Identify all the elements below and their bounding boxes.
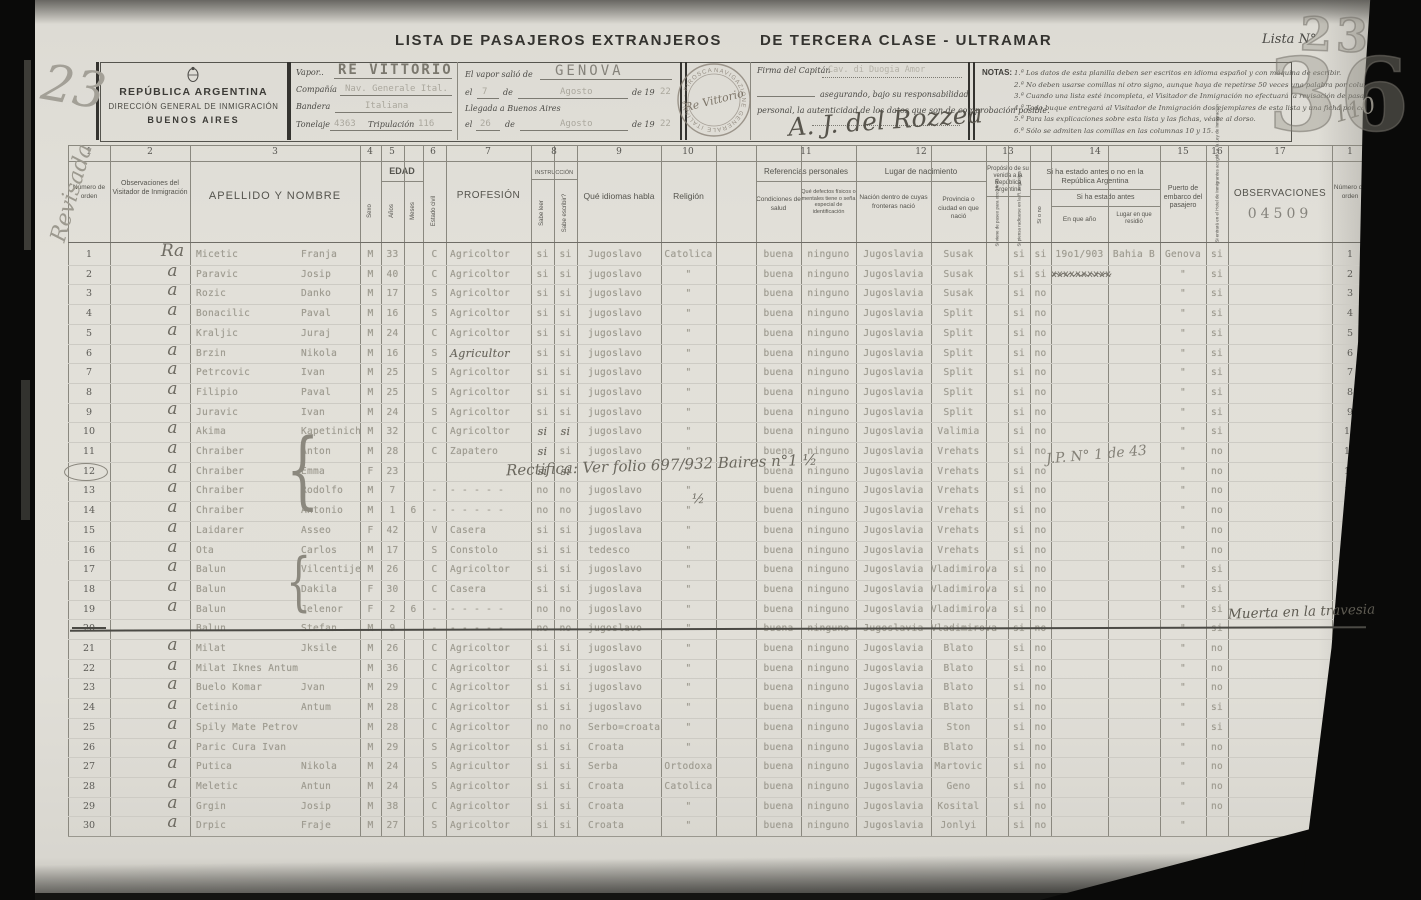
cell-na: Jugoslavia <box>856 344 931 364</box>
cell-sa: buena <box>756 501 801 521</box>
cell-sa: buena <box>756 797 801 817</box>
cell-an: 33 <box>381 245 404 265</box>
cell-na: Jugoslavia <box>856 777 931 797</box>
cell-es: no <box>554 600 577 620</box>
header-proposito-sub1: Si viene de paseo para otros fines <box>995 183 1000 247</box>
cell-p2: no <box>1030 718 1051 738</box>
salida-de: de <box>503 88 513 97</box>
cell-na: Jugoslavia <box>856 678 931 698</box>
cell-re: " <box>661 560 716 580</box>
cell-obs: a <box>150 814 195 834</box>
cell-p2: no <box>1030 757 1051 777</box>
cell-no: Antun <box>301 777 360 797</box>
cell-n: 3 <box>68 284 110 304</box>
cell-le: si <box>531 442 554 462</box>
cell-an: 25 <box>381 363 404 383</box>
cell-id: Croata <box>588 797 660 817</box>
cell-s16: si <box>1206 718 1228 738</box>
cell-s16: no <box>1206 639 1228 659</box>
cell-le: si <box>531 816 554 836</box>
cell-no: Paval <box>301 383 360 403</box>
header-anos: Años <box>389 179 395 243</box>
cell-le: si <box>531 422 554 442</box>
cell-p1: si <box>1008 797 1030 817</box>
cell-le: si <box>531 344 554 364</box>
cell-na: Jugoslavia <box>856 383 931 403</box>
cell-ap: Balun <box>196 600 300 620</box>
cell-re: " <box>661 501 716 521</box>
field-line <box>476 130 500 131</box>
cell-pv: Jonlyi <box>931 816 986 836</box>
column-number: 9 <box>604 147 634 157</box>
cell-an: 25 <box>381 383 404 403</box>
cell-pt: " <box>1160 560 1206 580</box>
age-fraction-mark: ½ <box>692 492 705 507</box>
cell-pr: Agricoltor <box>450 698 530 718</box>
cell-sx: M <box>360 363 381 383</box>
cell-no: Asseo <box>301 521 360 541</box>
header-en-que-ano: En que año <box>1051 216 1108 225</box>
cell-ap: Balun <box>196 580 300 600</box>
divider-line <box>457 62 458 140</box>
cell-de: ninguno <box>801 738 856 758</box>
cell-pv: Ston <box>931 718 986 738</box>
cell-sa: buena <box>756 816 801 836</box>
cell-pt: " <box>1160 304 1206 324</box>
cell-s16: si <box>1206 580 1228 600</box>
cell-re: " <box>661 383 716 403</box>
column-number: 15 <box>1168 147 1198 157</box>
header-puerto: Puerto de embarco del pasajero <box>1160 185 1206 211</box>
cell-id: jugoslavo <box>588 324 660 344</box>
cell-le: no <box>531 718 554 738</box>
cell-na: Jugoslavia <box>856 442 931 462</box>
cell-an: 17 <box>381 284 404 304</box>
header-edad: EDAD <box>378 167 426 176</box>
cell-ec: S <box>423 363 446 383</box>
cell-an: 24 <box>381 403 404 423</box>
cell-le: no <box>531 501 554 521</box>
cell-n: 25 <box>68 718 110 738</box>
column-number: 14 <box>1080 147 1110 157</box>
cell-no: Fraje <box>301 816 360 836</box>
header-observaciones-visitador: Observaciones del Visitador de Inmigraci… <box>112 180 188 197</box>
cell-p2: no <box>1030 639 1051 659</box>
cell-p1: si <box>1008 501 1030 521</box>
cell-an: 26 <box>381 560 404 580</box>
cell-ap: Laidarer <box>196 521 300 541</box>
cell-pr: Agricoltor <box>450 383 530 403</box>
cell-p2: no <box>1030 422 1051 442</box>
cell-p2: no <box>1030 659 1051 679</box>
cell-ec: S <box>423 541 446 561</box>
cell-p1: si <box>1008 678 1030 698</box>
cell-re: " <box>661 265 716 285</box>
cell-pr: Agricoltor <box>450 265 530 285</box>
cell-obs: a <box>150 696 195 716</box>
cell-sa: buena <box>756 304 801 324</box>
cell-p1: si <box>1008 304 1030 324</box>
cell-an: 30 <box>381 580 404 600</box>
cell-no: Jksile <box>301 639 360 659</box>
cell-le: si <box>531 284 554 304</box>
cell-sa: buena <box>756 324 801 344</box>
vapor-label: Vapor.. <box>296 68 324 77</box>
cell-ec: V <box>423 521 446 541</box>
cell-pr: Agricoltor <box>450 363 530 383</box>
cell-le: no <box>531 481 554 501</box>
cell-na: Jugoslavia <box>856 363 931 383</box>
tonelaje-value: 4363 <box>334 119 356 129</box>
cell-pr: Agricultor <box>450 757 530 777</box>
cell-ec: C <box>423 639 446 659</box>
cell-s16: si <box>1206 324 1228 344</box>
cell-id: tedesco <box>588 541 660 561</box>
cell-ec: C <box>423 442 446 462</box>
page-title-left: LISTA DE PASAJEROS EXTRANJEROS <box>395 32 722 49</box>
cell-ap: Cetinio <box>196 698 300 718</box>
header-lugar-residio: Lugar en que residió <box>1108 212 1160 226</box>
cell-de: ninguno <box>801 383 856 403</box>
cell-sa: buena <box>756 383 801 403</box>
cell-s16: no <box>1206 501 1228 521</box>
cell-id: jugoslavo <box>588 501 660 521</box>
cell-an: 28 <box>381 698 404 718</box>
cell-n: 24 <box>68 698 110 718</box>
cell-id: jugoslavo <box>588 659 660 679</box>
cell-sa: buena <box>756 521 801 541</box>
cell-pv: Susak <box>931 284 986 304</box>
cell-pt: " <box>1160 698 1206 718</box>
cell-pt: Genova <box>1160 245 1206 265</box>
grid-vline <box>986 145 987 836</box>
top-edge-shade <box>35 0 1380 24</box>
cell-na: Jugoslavia <box>856 501 931 521</box>
cell-es: si <box>554 738 577 758</box>
cell-s16: si <box>1206 560 1228 580</box>
page-edge-sliver <box>24 60 31 250</box>
cell-n: 29 <box>68 797 110 817</box>
cell-es: si <box>554 659 577 679</box>
cell-pv: Vrehats <box>931 442 986 462</box>
cell-re: " <box>661 718 716 738</box>
cell-n: 27 <box>68 757 110 777</box>
cell-pt: " <box>1160 501 1206 521</box>
page-title-right: DE TERCERA CLASE - ULTRAMAR <box>760 32 1052 49</box>
cell-ap: Rozic <box>196 284 300 304</box>
column-number: 5 <box>377 147 407 157</box>
cell-id: jugoslavo <box>588 304 660 324</box>
cell-no: Ivan <box>301 363 360 383</box>
column-number: 11 <box>791 147 821 157</box>
cell-sx: M <box>360 639 381 659</box>
cell-an: 38 <box>381 797 404 817</box>
cell-pt: " <box>1160 442 1206 462</box>
cell-de: ninguno <box>801 757 856 777</box>
column-number: 13 <box>993 147 1023 157</box>
cell-pt: " <box>1160 757 1206 777</box>
cell-ec: C <box>423 678 446 698</box>
cell-na: Jugoslavia <box>856 521 931 541</box>
cell-s16: si <box>1206 698 1228 718</box>
cell-an: 16 <box>381 344 404 364</box>
cell-re: " <box>661 324 716 344</box>
cell-le: si <box>531 521 554 541</box>
cell-n: 26 <box>68 738 110 758</box>
cell-pv: Split <box>931 324 986 344</box>
cell-pv: Vrehats <box>931 462 986 482</box>
cell-re: " <box>661 738 716 758</box>
cell-s16: si <box>1206 363 1228 383</box>
cell-de: ninguno <box>801 639 856 659</box>
cell-an: 7 <box>381 481 404 501</box>
cell-de: ninguno <box>801 265 856 285</box>
cell-de: ninguno <box>801 678 856 698</box>
cell-de: ninguno <box>801 521 856 541</box>
cell-de: ninguno <box>801 245 856 265</box>
cell-p1: si <box>1008 619 1030 639</box>
cell-es: si <box>554 580 577 600</box>
cell-na: Jugoslavia <box>856 639 931 659</box>
bandera-label: Bandera <box>296 102 330 111</box>
cell-ap: Kraljic <box>196 324 300 344</box>
cell-le: si <box>531 639 554 659</box>
cell-an: 17 <box>381 541 404 561</box>
grid-hline <box>68 161 1368 162</box>
cell-s16: si <box>1206 619 1228 639</box>
cell-p2: no <box>1030 797 1051 817</box>
cell-le: si <box>531 403 554 423</box>
field-line <box>822 76 962 78</box>
cell-obs: a <box>150 361 195 381</box>
cell-re: " <box>661 639 716 659</box>
cell-de: ninguno <box>801 422 856 442</box>
column-number: 12 <box>906 147 936 157</box>
order-number-circle <box>64 463 108 481</box>
cell-le: si <box>531 698 554 718</box>
cell-p2: no <box>1030 600 1051 620</box>
firma-label: Firma del Capitán <box>757 66 831 75</box>
cell-pr: Agricoltor <box>450 659 530 679</box>
cell-id: jugoslavo <box>588 363 660 383</box>
cell-re: " <box>661 580 716 600</box>
cell-de: ninguno <box>801 816 856 836</box>
cell-s16: si <box>1206 304 1228 324</box>
grid-vline <box>110 145 111 836</box>
tripulacion-label: Tripulación <box>368 120 414 129</box>
column-number: 6 <box>418 147 448 157</box>
field-line <box>540 79 672 80</box>
llegada-el: el <box>465 120 472 129</box>
cell-sa: buena <box>756 777 801 797</box>
cell-pv: Vladimirova <box>931 600 986 620</box>
cell-sa: buena <box>756 541 801 561</box>
cell-p1: si <box>1008 344 1030 364</box>
nota-item: 6.ª Sólo se admiten las comillas en las … <box>1014 127 1213 135</box>
cell-pv: Vrehats <box>931 541 986 561</box>
column-number: 8 <box>539 147 569 157</box>
cell-es: si <box>554 678 577 698</box>
cell-obs: a <box>150 302 195 322</box>
cell-obs: a <box>150 440 195 460</box>
cell-es: si <box>554 521 577 541</box>
cell-es: si <box>554 816 577 836</box>
cell-no: Nikola <box>301 344 360 364</box>
page-number-stamp: 36 <box>1268 36 1411 154</box>
cell-sx: F <box>360 580 381 600</box>
cell-de: ninguno <box>801 541 856 561</box>
cell-p1: si <box>1008 659 1030 679</box>
cell-sa: buena <box>756 678 801 698</box>
cell-pt: " <box>1160 816 1206 836</box>
salida-year: 22 <box>660 87 671 97</box>
cell-n: 16 <box>68 541 110 561</box>
cell-me: 6 <box>404 501 423 521</box>
cell-pr: Agricultor <box>450 344 530 364</box>
cell-de: ninguno <box>801 698 856 718</box>
cell-s16: no <box>1206 659 1228 679</box>
cell-ec: S <box>423 777 446 797</box>
cell-de: ninguno <box>801 659 856 679</box>
cell-ap: Drpic <box>196 816 300 836</box>
cell-ap: Chraiber <box>196 481 300 501</box>
cell-p2: no <box>1030 521 1051 541</box>
cell-es: si <box>554 541 577 561</box>
cell-le: si <box>531 560 554 580</box>
tripulacion-value: 116 <box>418 119 434 129</box>
cell-s16: si <box>1206 422 1228 442</box>
grid-vline <box>446 145 447 836</box>
cell-es: si <box>554 422 577 442</box>
cell-an: 36 <box>381 659 404 679</box>
cell-p1: si <box>1008 462 1030 482</box>
cell-pt: " <box>1160 481 1206 501</box>
cell-na: Jugoslavia <box>856 422 931 442</box>
cell-es: si <box>554 797 577 817</box>
field-line <box>518 98 628 99</box>
cell-pr: Constolo <box>450 541 530 561</box>
cell-ec: S <box>423 816 446 836</box>
cell-an: 24 <box>381 324 404 344</box>
cell-es: no <box>554 718 577 738</box>
cell-pv: Vrehats <box>931 501 986 521</box>
cell-p1: si <box>1008 757 1030 777</box>
cell-pr: Agricoltor <box>450 422 530 442</box>
field-line <box>757 96 815 97</box>
cell-le: no <box>531 600 554 620</box>
cell-ap: Ota <box>196 541 300 561</box>
header-meses: Meses <box>410 179 416 243</box>
llegada-de19: de 19 <box>632 120 655 129</box>
cell-sx: M <box>360 403 381 423</box>
cell-sx: M <box>360 560 381 580</box>
cell-n: 18 <box>68 580 110 600</box>
cell-id: jugoslava <box>588 580 660 600</box>
cell-le: si <box>531 304 554 324</box>
cell-s16: no <box>1206 541 1228 561</box>
cell-ec: - <box>423 481 446 501</box>
cell-id: jugoslavo <box>588 383 660 403</box>
grid-hline <box>68 242 1368 243</box>
cell-p2: no <box>1030 698 1051 718</box>
cell-an: 28 <box>381 442 404 462</box>
cell-p1: si <box>1008 541 1030 561</box>
cell-re: " <box>661 422 716 442</box>
cell-pv: Kosital <box>931 797 986 817</box>
cell-pt: " <box>1160 363 1206 383</box>
cell-p1: si <box>1008 718 1030 738</box>
cell-pv: Blato <box>931 639 986 659</box>
column-number: 10 <box>673 147 703 157</box>
cell-sx: M <box>360 422 381 442</box>
cell-id: jugoslavo <box>588 481 660 501</box>
cell-p1: si <box>1008 284 1030 304</box>
cell-s16: si <box>1206 284 1228 304</box>
cell-sa: buena <box>756 580 801 600</box>
cell-pt: " <box>1160 718 1206 738</box>
cell-pt: " <box>1160 580 1206 600</box>
scanned-passenger-list: LISTA DE PASAJEROS EXTRANJEROS DE TERCER… <box>0 0 1421 900</box>
grid-hline <box>68 145 1368 146</box>
cell-le: si <box>531 383 554 403</box>
cell-sx: M <box>360 304 381 324</box>
cell-sa: buena <box>756 698 801 718</box>
cell-ap: Juravic <box>196 403 300 423</box>
cell-pv: Blato <box>931 738 986 758</box>
cell-obs: a <box>150 499 195 519</box>
cell-no: Jvan <box>301 678 360 698</box>
cell-es: si <box>554 757 577 777</box>
cell-re: Catolica <box>661 245 716 265</box>
bandera-value: Italiana <box>365 101 408 111</box>
cell-p1: si <box>1008 777 1030 797</box>
cell-pv: Geno <box>931 777 986 797</box>
cell-id: Jugoslavo <box>588 245 660 265</box>
cell-obs: a <box>150 578 195 598</box>
cell-pr: Agricoltor <box>450 403 530 423</box>
cell-an: 29 <box>381 738 404 758</box>
ship-round-stamp: NAVIGAZIONE GENERALE ITALIANA · PIROSCAF… <box>674 60 754 140</box>
cell-me: 6 <box>404 600 423 620</box>
cell-ap: Paravic <box>196 265 300 285</box>
cell-pv: Split <box>931 383 986 403</box>
cell-sx: M <box>360 698 381 718</box>
cell-es: si <box>554 304 577 324</box>
cell-de: ninguno <box>801 560 856 580</box>
header-estado-civil: Estado civil <box>431 179 437 243</box>
header-proposito-sub2: Si piensa radicarse en la R. Argentina <box>1017 183 1022 247</box>
cell-p1: si <box>1008 403 1030 423</box>
cell-p2: no <box>1030 403 1051 423</box>
cell-na: Jugoslavia <box>856 797 931 817</box>
cell-pt: " <box>1160 383 1206 403</box>
cell-sa: buena <box>756 363 801 383</box>
family-brace: { <box>286 429 319 513</box>
cell-na: Jugoslavia <box>856 284 931 304</box>
cell-id: Serba <box>588 757 660 777</box>
cell-n: 9 <box>68 403 110 423</box>
cell-p2: no <box>1030 777 1051 797</box>
header-defectos: Qué defectos físicos o mentales tiene o … <box>801 189 856 215</box>
salida-de19: de 19 <box>632 88 655 97</box>
cell-s16: no <box>1206 521 1228 541</box>
cell-id: jugoslavo <box>588 403 660 423</box>
captain-line2: asegurando, bajo su responsabilidad <box>820 90 969 99</box>
cell-pt: " <box>1160 265 1206 285</box>
cell-es: si <box>554 560 577 580</box>
cell-s16: si <box>1206 245 1228 265</box>
compania-value: Nav. Generale Ital. <box>345 84 448 94</box>
